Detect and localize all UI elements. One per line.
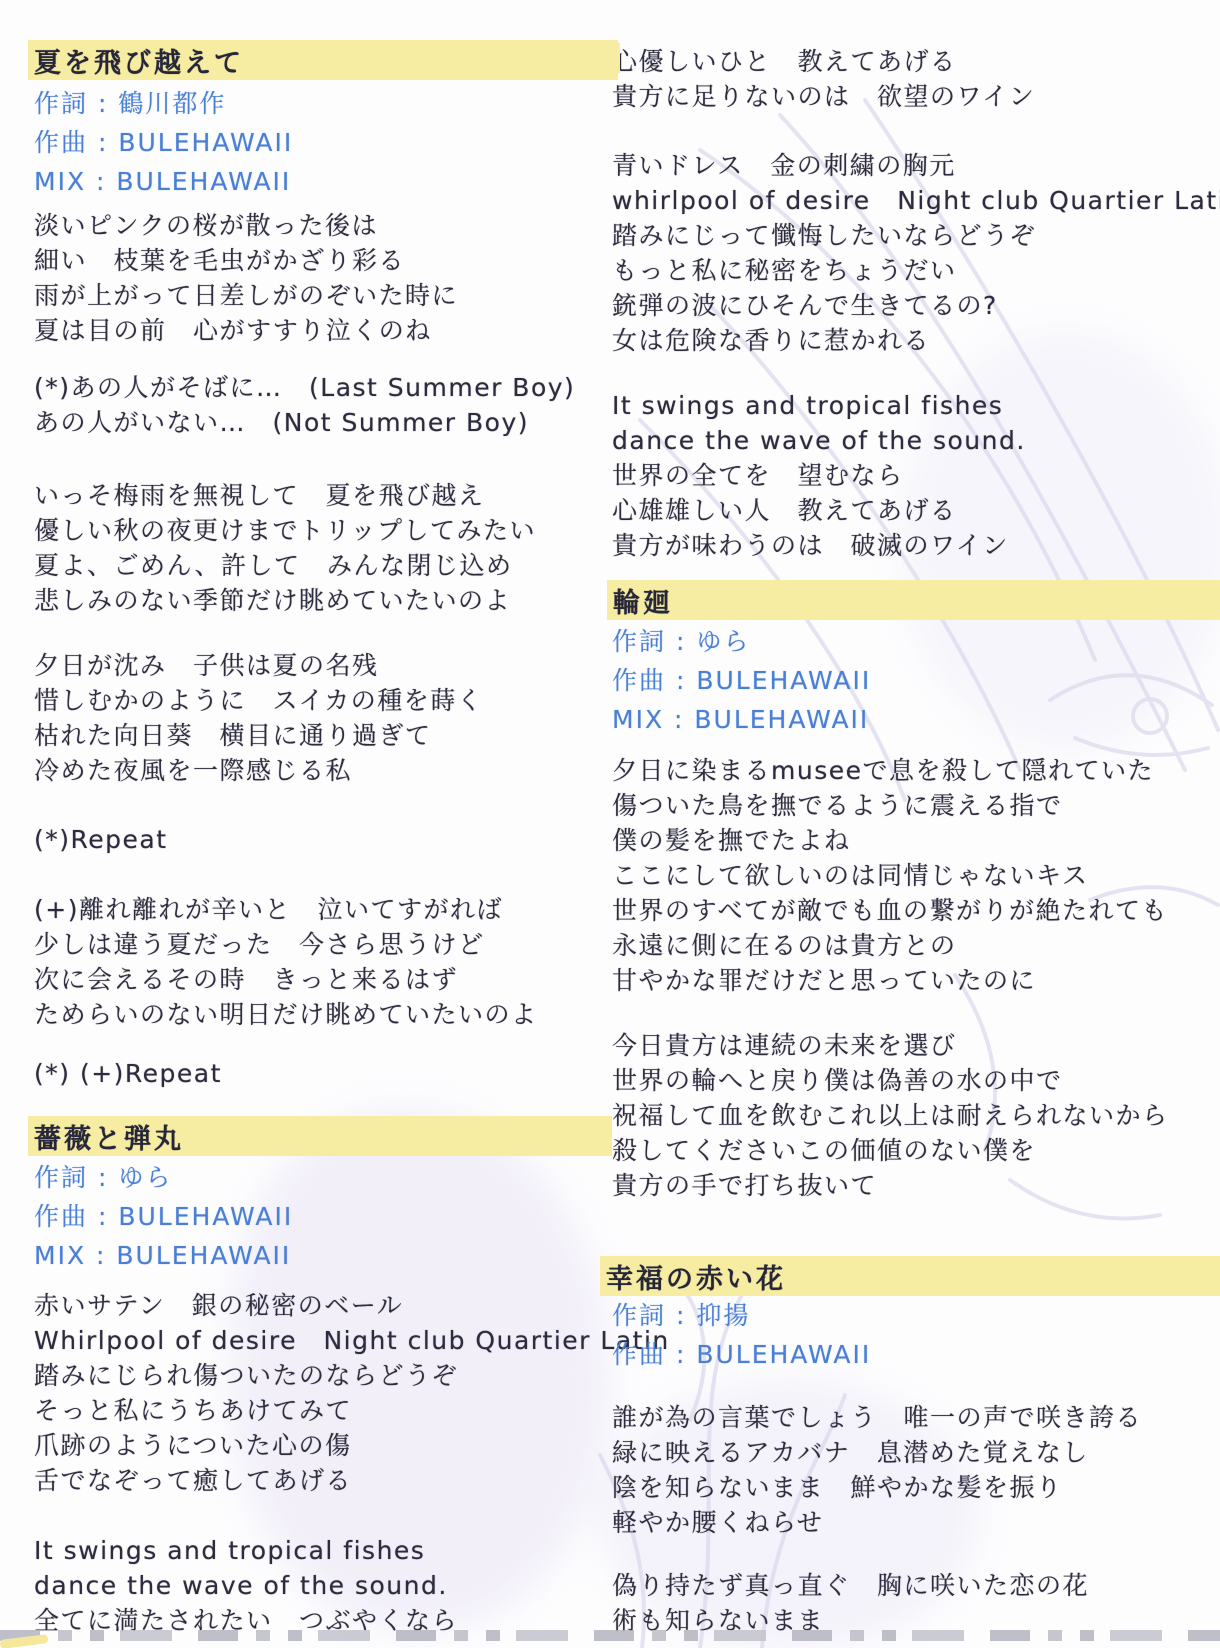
lyric-line: (*)Repeat [34,822,168,857]
lyric-line: 貴方の手で打ち抜いて [612,1168,1169,1203]
stanza-natsu-3: いっそ梅雨を無視して 夏を飛び越え優しい秋の夜更けまでトリップしてみたい夏よ、ご… [34,478,536,618]
lyric-line: 傷ついた鳥を撫でるように震える指で [612,788,1168,823]
song-title-bar-kofuku: 幸福の赤い花 [600,1256,1220,1296]
lyric-line: 枯れた向日葵 横目に通り過ぎて [34,718,483,753]
song-credits-natsu: 作詞 : 鶴川都作作曲 : BULEHAWAIIMIX : BULEHAWAII [34,84,293,201]
stanza-bara-cont-3: It swings and tropical fishesdance the w… [612,388,1026,563]
lyric-line: MIX : BULEHAWAII [34,1236,293,1275]
lyric-line: 世界の全てを 望むなら [612,458,1026,493]
lyric-line: 作曲 : BULEHAWAII [34,123,293,162]
stanza-bara-cont-2: 青いドレス 金の刺繍の胸元whirlpool of desire Night c… [612,148,1220,358]
stanza-natsu-repeat2: (*) (+)Repeat [34,1056,222,1091]
lyric-line: いっそ梅雨を無視して 夏を飛び越え [34,478,536,513]
song-title-bara: 薔薇と弾丸 [34,1117,184,1156]
stanza-natsu-5: (+)離れ離れが辛いと 泣いてすがれば少しは違う夏だった 今さら思うけど次に会え… [34,892,538,1032]
lyric-line: whirlpool of desire Night club Quartier … [612,183,1220,218]
song-title-rinne: 輪廻 [613,581,673,620]
lyric-line: 陰を知らないまま 鮮やかな髪を振り [612,1470,1142,1505]
lyric-line: MIX : BULEHAWAII [34,162,293,201]
lyric-line: 惜しむかのように スイカの種を蒔く [34,683,483,718]
song-title-bar-natsu: 夏を飛び越えて [28,40,618,80]
lyric-line: 舌でなぞって癒してあげる [34,1463,670,1498]
song-credits-kofuku: 作詞 : 抑揚作曲 : BULEHAWAII [612,1296,871,1374]
lyric-line: 今日貴方は連続の未来を選び [612,1028,1169,1063]
lyric-line: 優しい秋の夜更けまでトリップしてみたい [34,513,536,548]
lyric-line: (+)離れ離れが辛いと 泣いてすがれば [34,892,538,927]
lyric-line: ここにして欲しいのは同情じゃないキス [612,858,1168,893]
lyric-line: 世界のすべてが敵でも血の繋がりが絶たれても [612,893,1168,928]
lyric-line: 作詞 : 鶴川都作 [34,84,293,123]
lyric-line: 夏よ、ごめん、許して みんな閉じ込め [34,548,536,583]
lyric-line: 爪跡のようについた心の傷 [34,1428,670,1463]
lyric-line: 悲しみのない季節だけ眺めていたいのよ [34,583,536,618]
lyric-line: 踏みにじられ傷ついたのならどうぞ [34,1358,670,1393]
lyric-line: It swings and tropical fishes [34,1533,458,1568]
stanza-bara-1: 赤いサテン 銀の秘密のベールWhirlpool of desire Night … [34,1288,670,1498]
lyric-line: 甘やかな罪だけだと思っていたのに [612,963,1168,998]
lyrics-page: 夏を飛び越えて 作詞 : 鶴川都作作曲 : BULEHAWAIIMIX : BU… [0,0,1220,1648]
lyric-line: あの人がいない… (Not Summer Boy) [34,405,575,440]
lyric-line: そっと私にうちあけてみて [34,1393,670,1428]
lyric-line: 作曲 : BULEHAWAII [612,1335,871,1374]
song-credits-bara: 作詞 : ゆら作曲 : BULEHAWAIIMIX : BULEHAWAII [34,1158,293,1275]
lyric-line: 誰が為の言葉でしょう 唯一の声で咲き誇る [612,1400,1142,1435]
lyric-line: 細い 枝葉を毛虫がかざり彩る [34,243,458,278]
lyric-line: 世界の輪へと戻り僕は偽善の水の中で [612,1063,1169,1098]
lyric-line: dance the wave of the sound. [612,423,1026,458]
lyric-line: 夕日が沈み 子供は夏の名残 [34,648,483,683]
lyric-line: 作詞 : ゆら [34,1158,293,1197]
stanza-bara-cont-1: 心優しいひと 教えてあげる貴方に足りないのは 欲望のワイン [612,44,1035,114]
lyric-line: 青いドレス 金の刺繍の胸元 [612,148,1220,183]
stanza-kofuku-1: 誰が為の言葉でしょう 唯一の声で咲き誇る緑に映えるアカバナ 息潜めた覚えなし陰を… [612,1400,1142,1540]
stanza-rinne-2: 今日貴方は連続の未来を選び世界の輪へと戻り僕は偽善の水の中で祝福して血を飲むこれ… [612,1028,1169,1203]
lyric-line: 殺してくださいこの価値のない僕を [612,1133,1169,1168]
lyric-line: 偽り持たず真っ直ぐ 胸に咲いた恋の花 [612,1568,1089,1603]
stanza-natsu-1: 淡いピンクの桜が散った後は細い 枝葉を毛虫がかざり彩る雨が上がって日差しがのぞい… [34,208,458,348]
lyric-line: 貴方に足りないのは 欲望のワイン [612,79,1035,114]
lyric-line: 心優しいひと 教えてあげる [612,44,1035,79]
lyric-line: 作詞 : 抑揚 [612,1296,871,1335]
lyric-line: 夕日に染まるmuseeで息を殺して隠れていた [612,753,1168,788]
song-title-bar-bara: 薔薇と弾丸 [28,1116,612,1156]
lyric-line: (*) (+)Repeat [34,1056,222,1091]
lyric-line: 永遠に側に在るのは貴方との [612,928,1168,963]
highlight-fragment-top [558,43,620,73]
song-credits-rinne: 作詞 : ゆら作曲 : BULEHAWAIIMIX : BULEHAWAII [612,622,871,739]
lyric-line: 少しは違う夏だった 今さら思うけど [34,927,538,962]
stanza-rinne-1: 夕日に染まるmuseeで息を殺して隠れていた傷ついた鳥を撫でるように震える指で僕… [612,753,1168,998]
stanza-bara-2: It swings and tropical fishesdance the w… [34,1533,458,1638]
lyric-line: Whirlpool of desire Night club Quartier … [34,1323,670,1358]
lyric-line: ためらいのない明日だけ眺めていたいのよ [34,997,538,1032]
lyric-line: 冷めた夜風を一際感じる私 [34,753,483,788]
lyric-line: 作曲 : BULEHAWAII [34,1197,293,1236]
song-title-natsu: 夏を飛び越えて [34,41,244,80]
song-title-kofuku: 幸福の赤い花 [606,1257,786,1296]
lyric-line: 淡いピンクの桜が散った後は [34,208,458,243]
lyric-line: 踏みにじって懺悔したいならどうぞ [612,218,1220,253]
lyric-line: 緑に映えるアカバナ 息潜めた覚えなし [612,1435,1142,1470]
lyric-line: 貴方が味わうのは 破滅のワイン [612,528,1026,563]
lyric-line: 軽やか腰くねらせ [612,1505,1142,1540]
lyric-line: 女は危険な香りに惹かれる [612,323,1220,358]
lyric-line: 銃弾の波にひそんで生きてるの? [612,288,1220,323]
lyric-line: 赤いサテン 銀の秘密のベール [34,1288,670,1323]
stanza-natsu-repeat1: (*)Repeat [34,822,168,857]
lyric-line: 雨が上がって日差しがのぞいた時に [34,278,458,313]
lyric-line: 作曲 : BULEHAWAII [612,661,871,700]
lyric-line: 心雄雄しい人 教えてあげる [612,493,1026,528]
lyric-line: MIX : BULEHAWAII [612,700,871,739]
stanza-natsu-2: (*)あの人がそばに… (Last Summer Boy)あの人がいない… (N… [34,370,575,440]
stanza-natsu-4: 夕日が沈み 子供は夏の名残惜しむかのように スイカの種を蒔く枯れた向日葵 横目に… [34,648,483,788]
bottom-page-edge-strip [0,1630,1220,1641]
lyric-line: 作詞 : ゆら [612,622,871,661]
stanza-kofuku-2: 偽り持たず真っ直ぐ 胸に咲いた恋の花術も知らないまま [612,1568,1089,1638]
lyric-line: 夏は目の前 心がすすり泣くのね [34,313,458,348]
lyric-line: 僕の髪を撫でたよね [612,823,1168,858]
lyric-line: (*)あの人がそばに… (Last Summer Boy) [34,370,575,405]
lyric-line: 次に会えるその時 きっと来るはず [34,962,538,997]
lyric-line: It swings and tropical fishes [612,388,1026,423]
lyric-line: dance the wave of the sound. [34,1568,458,1603]
lyric-line: 祝福して血を飲むこれ以上は耐えられないから [612,1098,1169,1133]
lyric-line: もっと私に秘密をちょうだい [612,253,1220,288]
song-title-bar-rinne: 輪廻 [607,580,1220,620]
